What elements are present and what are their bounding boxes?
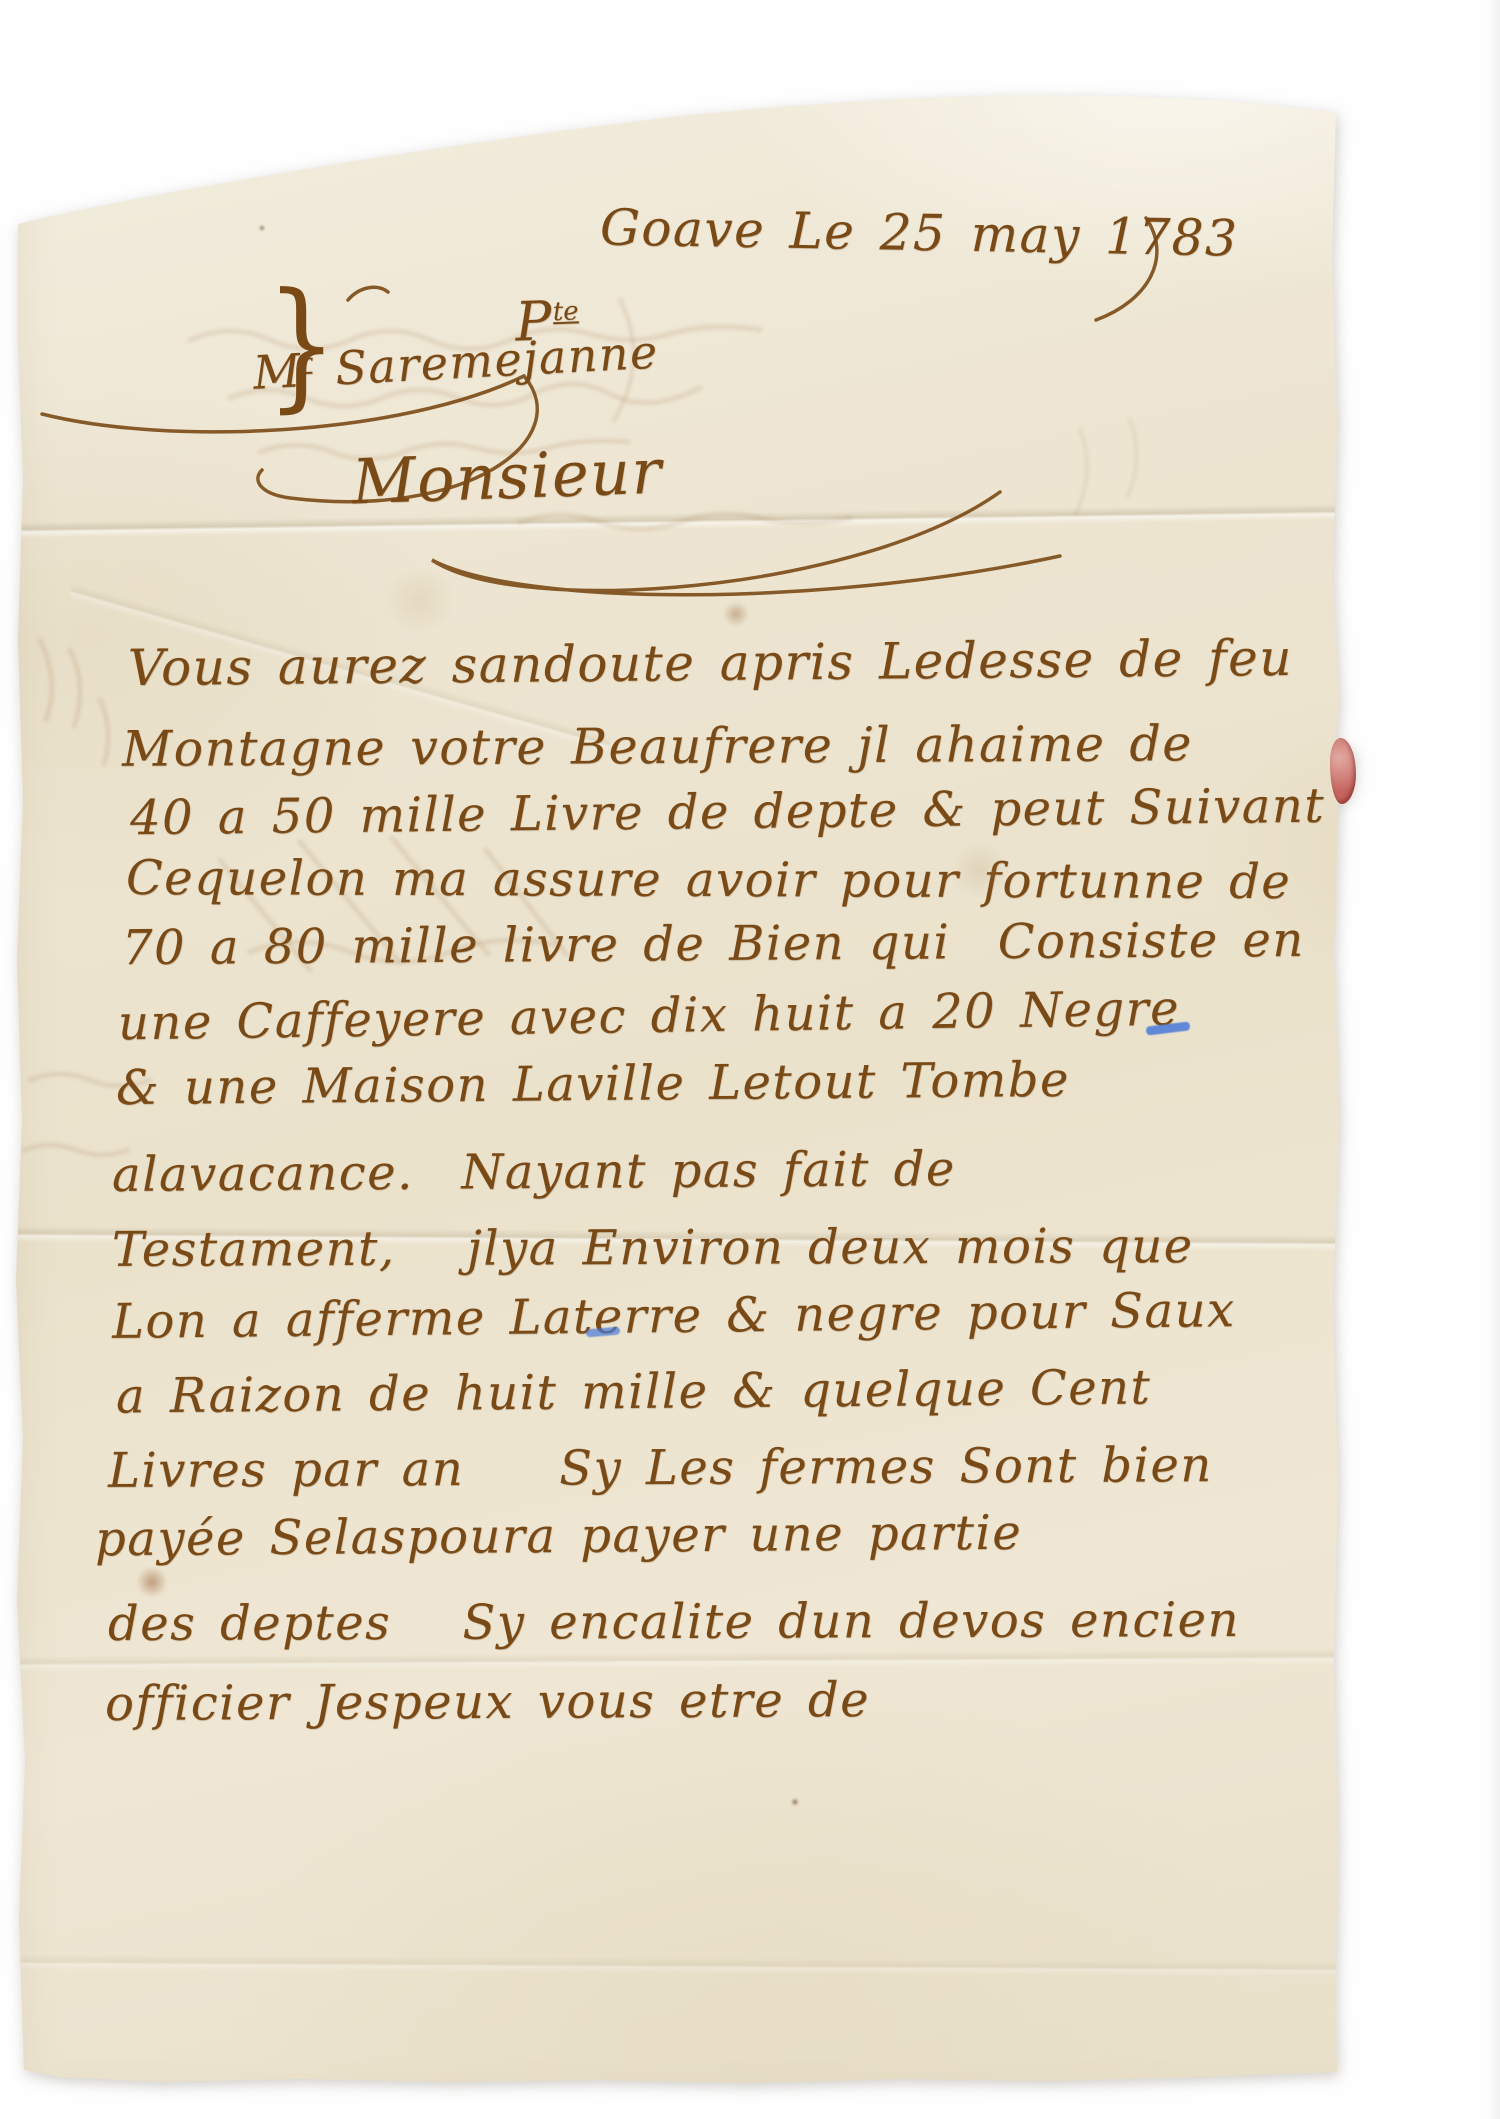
paper-stain — [723, 601, 749, 627]
letter-scan: Mr Saremejanne } Pte Goave Le 25 may 178… — [0, 0, 1500, 2119]
place-superscript: te — [552, 296, 579, 327]
manuscript-line: Livres par an Sy Les fermes Sont bien — [108, 1441, 1213, 1495]
manuscript-line: Lon a afferme Laterre & negre pour Saux — [112, 1286, 1236, 1346]
manuscript-line: 70 a 80 mille livre de Bien qui Consiste… — [122, 916, 1305, 972]
manuscript-line: Testament, jlya Environ deux mois que — [112, 1222, 1194, 1274]
manuscript-line: officier Jespeux vous etre de — [105, 1676, 870, 1728]
manuscript-line: Cequelon ma assure avoir pour fortunne d… — [126, 854, 1291, 906]
manuscript-line: des deptes Sy encalite dun devos encien — [108, 1596, 1240, 1648]
paper-stain — [136, 1566, 168, 1598]
paper-stain — [386, 566, 454, 634]
manuscript-line: a Raizon de huit mille & quelque Cent — [116, 1363, 1152, 1420]
manuscript-line: payée Selaspoura payer une partie — [95, 1509, 1023, 1563]
header-place-abbrev: Pte — [307, 239, 581, 410]
manuscript-line: 40 a 50 mille Livre de depte & peut Suiv… — [130, 782, 1326, 843]
paper-stain — [259, 225, 265, 231]
manuscript-line: Vous aurez sandoute apris Ledesse de feu — [128, 633, 1293, 693]
paper-stain — [791, 1798, 799, 1806]
manuscript-line: alavacance. Nayant pas fait de — [112, 1145, 956, 1199]
salutation: Monsieur — [351, 441, 664, 514]
letter-paper: Mr Saremejanne } Pte Goave Le 25 may 178… — [0, 0, 1500, 2119]
manuscript-line: & une Maison Laville Letout Tombe — [116, 1056, 1070, 1112]
manuscript-line: Montagne votre Beaufrere jl ahaime de — [122, 719, 1193, 774]
paper-stain — [952, 842, 1008, 898]
paper-wrapper: Mr Saremejanne } Pte Goave Le 25 may 178… — [0, 0, 1500, 2119]
header-date-line: Goave Le 25 may 1783 — [600, 202, 1239, 263]
manuscript-line: une Caffeyere avec dix huit a 20 Negre — [118, 985, 1181, 1048]
place-initial: P — [514, 289, 554, 353]
